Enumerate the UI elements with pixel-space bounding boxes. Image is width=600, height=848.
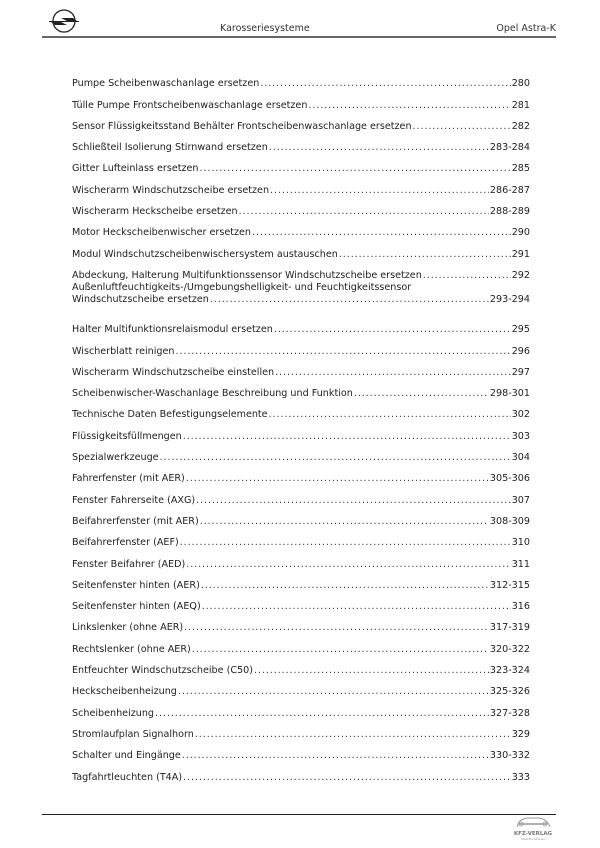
toc-entry-title: Gitter Lufteinlass ersetzen [72,163,199,175]
model-name: Opel Astra-K [496,23,556,34]
toc-entry-page: 316 [512,601,530,613]
toc-entry-title: Seitenfenster hinten (AER) [72,580,200,592]
dot-leader [254,665,489,677]
toc-entry-title: Halter Multifunktionsrelaismodul ersetze… [72,324,273,336]
dot-leader [252,227,511,239]
dot-leader [354,388,489,400]
dot-leader [413,121,511,133]
toc-entry-title: Linkslenker (ohne AER) [72,622,183,634]
toc-entry-page: 307 [512,495,530,507]
toc-entry[interactable]: Flüssigkeitsfüllmengen303 [72,421,530,442]
dot-leader [239,206,489,218]
toc-entry-page: 281 [512,100,530,112]
toc-entry-title: Fenster Beifahrer (AED) [72,559,185,571]
toc-entry[interactable]: Fahrerfenster (mit AER)305-306 [72,464,530,485]
toc-entry[interactable]: Scheibenheizung327-328 [72,698,530,719]
dot-leader [178,686,489,698]
toc-entry[interactable]: Seitenfenster hinten (AEQ)316 [72,592,530,613]
toc-entry-page: 312-315 [490,580,530,592]
kfz-verlag-logo-icon: KFZ-VERLAG Reparaturleitfaden [511,815,555,843]
toc-entry[interactable]: Gitter Lufteinlass ersetzen285 [72,154,530,175]
toc-entry-title: Spezialwerkzeuge [72,452,159,464]
toc-entry-title-line1: Außenluftfeuchtigkeits-/Umgebungshelligk… [72,282,530,294]
toc-entry-page: 286-287 [490,185,530,197]
toc-entry-title: Wischerblatt reinigen [72,346,174,358]
toc-entry-title: Technische Daten Befestigungselemente [72,409,268,421]
toc-entry[interactable]: Scheibenwischer-Waschanlage Beschreibung… [72,379,530,400]
toc-entry[interactable]: Rechtslenker (ohne AER)320-322 [72,634,530,655]
toc-entry[interactable]: Fenster Beifahrer (AED)311 [72,549,530,570]
toc-entry-title: Rechtslenker (ohne AER) [72,644,191,656]
dot-leader [339,249,511,261]
toc-entry-title-line2: Windschutzscheibe ersetzen [72,294,209,306]
toc-entry[interactable]: Schalter und Eingänge330-332 [72,741,530,762]
toc-entry-title: Scheibenheizung [72,708,154,720]
toc-entry-page: 288-289 [490,206,530,218]
toc-entry-page: 290 [512,227,530,239]
toc-entry-title: Scheibenwischer-Waschanlage Beschreibung… [72,388,353,400]
toc-entry[interactable]: Tagfahrtleuchten (T4A)333 [72,762,530,783]
toc-entry[interactable]: Wischerarm Windschutzscheibe ersetzen286… [72,175,530,196]
toc-entry[interactable]: Beifahrerfenster (mit AER)308-309 [72,507,530,528]
dot-leader [200,163,511,175]
section-title: Karosseriesysteme [220,23,310,34]
dot-leader [269,142,489,154]
toc-entry-title: Beifahrerfenster (AEF) [72,537,179,549]
toc-entry[interactable]: Modul Windschutzscheibenwischersystem au… [72,239,530,260]
footer-divider [42,814,556,815]
toc-entry-page: 320-322 [490,644,530,656]
toc-entry-page: 296 [512,346,530,358]
toc-entry[interactable]: Schließteil Isolierung Stirnwand ersetze… [72,133,530,154]
toc-entry-page: 327-328 [490,708,530,720]
dot-leader [308,100,510,112]
toc-entry-page: 280 [512,78,530,90]
toc-entry-title: Fenster Fahrerseite (AXG) [72,495,195,507]
toc-entry-title: Entfeuchter Windschutzscheibe (C50) [72,665,253,677]
toc-entry[interactable]: Stromlaufplan Signalhorn329 [72,720,530,741]
toc-entry[interactable]: Fenster Fahrerseite (AXG)307 [72,485,530,506]
dot-leader [184,622,489,634]
footer-logo-subtext: Reparaturleitfaden [511,838,555,841]
toc-entry[interactable]: Motor Heckscheibenwischer ersetzen290 [72,218,530,239]
dot-leader [186,473,489,485]
toc-entry-title: Heckscheibenheizung [72,686,177,698]
toc-entry[interactable]: Seitenfenster hinten (AER)312-315 [72,571,530,592]
toc-entry-title: Stromlaufplan Signalhorn [72,729,194,741]
dot-leader [195,729,511,741]
dot-leader [183,431,511,443]
dot-leader [160,452,511,464]
dot-leader [175,346,510,358]
toc-entry[interactable]: Wischerarm Heckscheibe ersetzen288-289 [72,197,530,218]
dot-leader [182,750,489,762]
toc-entry-title: Schalter und Eingänge [72,750,181,762]
dot-leader [186,559,510,571]
dot-leader [192,644,489,656]
toc-entry-title: Wischerarm Windschutzscheibe einstellen [72,367,274,379]
toc-entry-page: 323-324 [490,665,530,677]
toc-entry[interactable]: Außenluftfeuchtigkeits-/Umgebungshelligk… [72,282,530,315]
toc-entry[interactable]: Linkslenker (ohne AER)317-319 [72,613,530,634]
dot-leader [180,537,511,549]
toc-entry-page: 305-306 [490,473,530,485]
page-header: Karosseriesysteme Opel Astra-K [42,0,556,36]
toc-entry[interactable]: Heckscheibenheizung325-326 [72,677,530,698]
toc-entry-page: 317-319 [490,622,530,634]
toc-entry-title: Seitenfenster hinten (AEQ) [72,601,201,613]
toc-entry[interactable]: Beifahrerfenster (AEF)310 [72,528,530,549]
toc-entry-title: Pumpe Scheibenwaschanlage ersetzen [72,78,259,90]
toc-entry-title: Motor Heckscheibenwischer ersetzen [72,227,251,239]
toc-entry-title: Modul Windschutzscheibenwischersystem au… [72,249,338,261]
dot-leader [260,78,510,90]
footer-logo-text: KFZ-VERLAG [511,831,555,837]
dot-leader [423,270,511,282]
toc-entry-page: 303 [512,431,530,443]
toc-entry-page: 308-309 [490,516,530,528]
toc-entry[interactable]: Pumpe Scheibenwaschanlage ersetzen280 [72,69,530,90]
toc-entry-page: 302 [512,409,530,421]
dot-leader [210,294,489,306]
toc-entry-page: 297 [512,367,530,379]
toc-entry-title: Beifahrerfenster (mit AER) [72,516,199,528]
toc-entry-title: Abdeckung, Halterung Multifunktionssenso… [72,270,422,282]
header-divider [42,36,556,38]
toc-entry-title: Wischerarm Windschutzscheibe ersetzen [72,185,269,197]
dot-leader [183,772,511,784]
toc-entry-title: Tagfahrtleuchten (T4A) [72,772,182,784]
toc-entry-title: Sensor Flüssigkeitsstand Behälter Fronts… [72,121,412,133]
toc-entry-page: 325-326 [490,686,530,698]
toc-entry[interactable]: Wischerblatt reinigen296 [72,336,530,357]
toc-entry-title: Wischerarm Heckscheibe ersetzen [72,206,238,218]
dot-leader [270,185,489,197]
toc-entry-page: 330-332 [490,750,530,762]
dot-leader [269,409,511,421]
dot-leader [275,367,511,379]
toc-entry-page: 311 [512,559,530,571]
toc-entry-page: 310 [512,537,530,549]
toc-entry-page: 282 [512,121,530,133]
toc-entry[interactable]: Tülle Pumpe Frontscheibenwaschanlage ers… [72,90,530,111]
toc-entry-page: 333 [512,772,530,784]
toc-entry[interactable]: Technische Daten Befestigungselemente302 [72,400,530,421]
toc-entry-page: 295 [512,324,530,336]
toc-entry[interactable]: Abdeckung, Halterung Multifunktionssenso… [72,261,530,282]
toc-entry-page: 292 [512,270,530,282]
toc-entry-title: Schließteil Isolierung Stirnwand ersetze… [72,142,268,154]
dot-leader [274,324,511,336]
table-of-contents: Pumpe Scheibenwaschanlage ersetzen280Tül… [72,69,530,784]
dot-leader [201,580,489,592]
dot-leader [200,516,489,528]
toc-entry-page: 329 [512,729,530,741]
toc-entry-title: Fahrerfenster (mit AER) [72,473,185,485]
toc-entry-page: 293-294 [490,294,530,306]
toc-entry-page: 291 [512,249,530,261]
toc-entry-page: 285 [512,163,530,175]
dot-leader [155,708,489,720]
toc-entry[interactable]: Wischerarm Windschutzscheibe einstellen2… [72,358,530,379]
toc-entry[interactable]: Halter Multifunktionsrelaismodul ersetze… [72,315,530,336]
toc-entry[interactable]: Sensor Flüssigkeitsstand Behälter Fronts… [72,112,530,133]
toc-entry-page: 298-301 [490,388,530,400]
toc-entry[interactable]: Spezialwerkzeuge304 [72,443,530,464]
toc-entry-page: 304 [512,452,530,464]
toc-entry-title: Tülle Pumpe Frontscheibenwaschanlage ers… [72,100,307,112]
opel-logo-icon [47,6,81,36]
toc-entry-page: 283-284 [490,142,530,154]
toc-entry-title: Flüssigkeitsfüllmengen [72,431,182,443]
toc-entry[interactable]: Entfeuchter Windschutzscheibe (C50)323-3… [72,656,530,677]
dot-leader [202,601,511,613]
dot-leader [196,495,511,507]
